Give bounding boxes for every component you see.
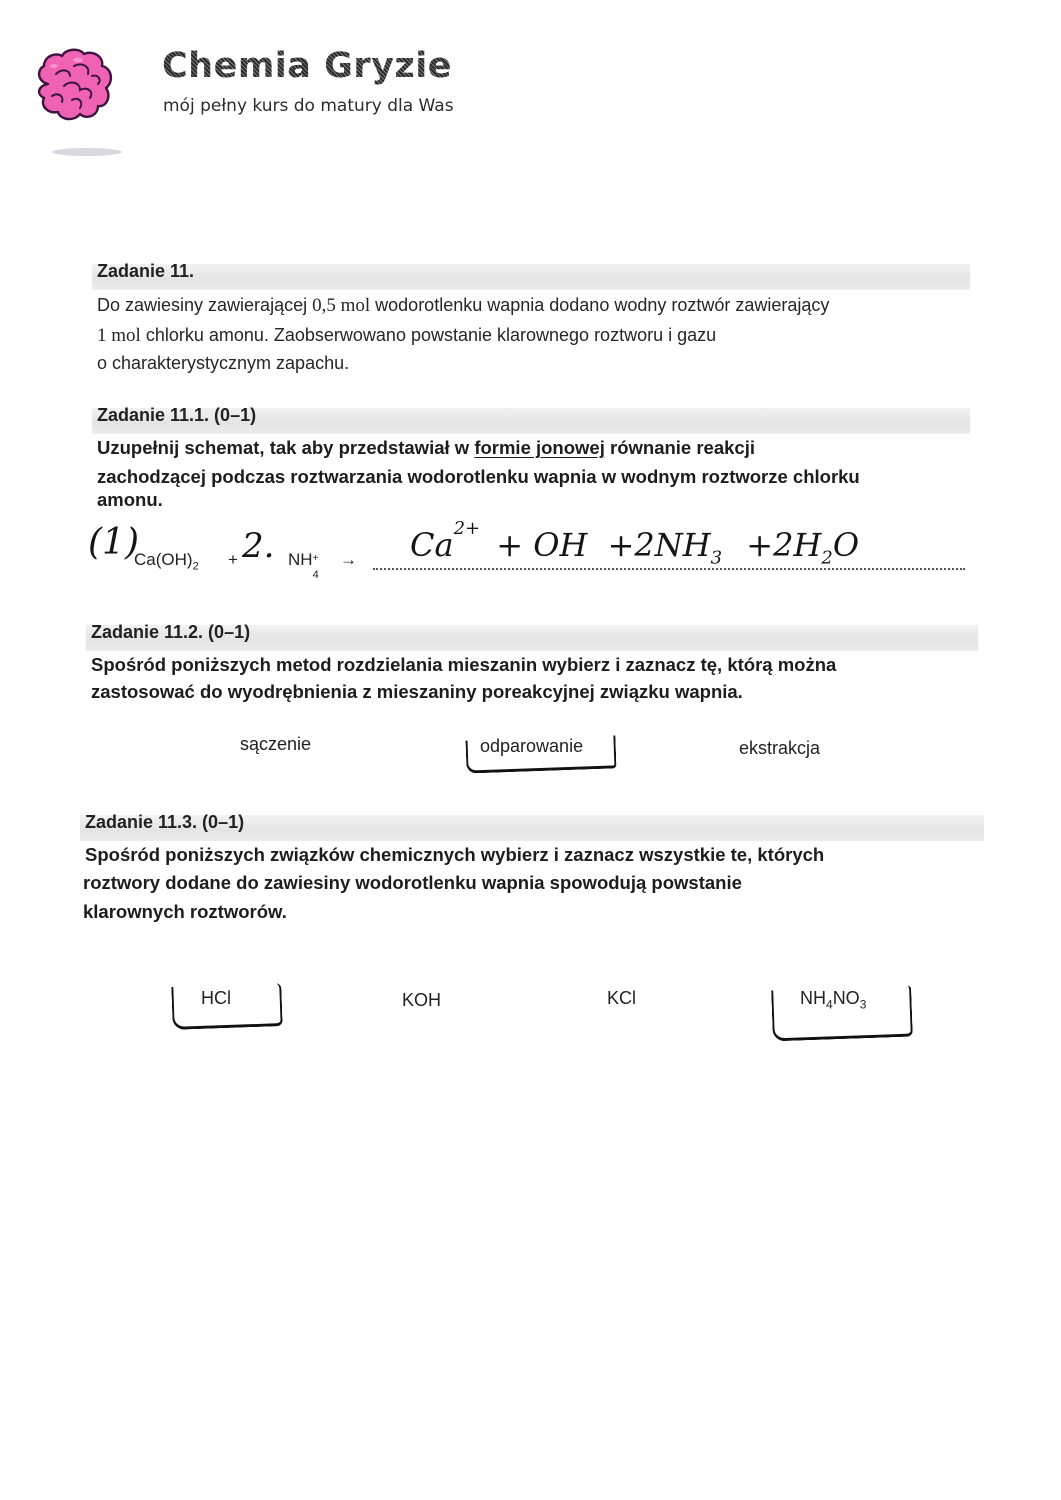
task-11-3-instruction-line-1: Spośród poniższych związków chemicznych …: [85, 840, 824, 869]
task-11-1-instruction-line-3: amonu.: [97, 485, 163, 514]
brand-title: Chemia Gryzie: [162, 46, 452, 86]
subscript: 2: [193, 560, 199, 572]
text: równanie reakcji: [605, 437, 755, 458]
brand-header: Chemia Gryzie mój pełny kurs do matury d…: [34, 44, 554, 164]
charge: +: [313, 553, 319, 564]
task-11-1-instruction-line-1: Uzupełnij schemat, tak aby przedstawiał …: [97, 433, 755, 462]
reactant-calcium-hydroxide: Ca(OH)2: [134, 550, 199, 572]
task-11-2-instruction-line-1: Spośród poniższych metod rozdzielania mi…: [91, 650, 836, 679]
ion-hydroxide: + OH: [496, 526, 587, 564]
underlined-phrase: formie jonowej: [474, 437, 605, 458]
product-ammonia: +2NH: [608, 526, 711, 564]
option-koh[interactable]: KOH: [402, 990, 441, 1011]
selection-mark-hcl: [171, 983, 282, 1030]
reaction-equation: (1) Ca(OH)2 + 2. NH+4 → Ca2+ + OH +2NH3 …: [88, 512, 978, 592]
task-11-1-heading: Zadanie 11.1. (0–1): [97, 405, 256, 426]
handwritten-answer: Ca2+ + OH +2NH3 +2H2O: [410, 526, 859, 568]
selection-mark-odparowanie: [465, 735, 616, 773]
text: O: [833, 526, 859, 564]
task-11-line-3: o charakterystycznym zapachu.: [97, 348, 349, 379]
formula: NH: [288, 550, 313, 569]
brain-icon: [34, 44, 114, 134]
subscript: 3: [711, 547, 722, 568]
task-11-2-instruction-line-2: zastosować do wyodrębnienia z mieszaniny…: [91, 677, 743, 706]
amount: 0,5 mol: [312, 295, 370, 316]
plus-sign: +: [228, 550, 238, 570]
text: Do zawiesiny zawierającej: [97, 295, 312, 315]
text: wodorotlenku wapnia dodano wodny roztwór…: [370, 295, 829, 315]
handwritten-coefficient-2: 2.: [242, 526, 274, 566]
option-saczenie[interactable]: sączenie: [240, 734, 311, 755]
reactant-ammonium: NH+4: [288, 550, 322, 570]
task-11-heading-band: [92, 264, 970, 290]
amount: 1 mol: [97, 325, 141, 346]
task-11-1-instruction-line-2: zachodzącej podczas roztwarzania wodorot…: [97, 462, 860, 491]
task-11-2-heading: Zadanie 11.2. (0–1): [91, 622, 250, 643]
option-ekstrakcja[interactable]: ekstrakcja: [739, 738, 820, 759]
ion-calcium: Ca: [410, 526, 454, 564]
text: chlorku amonu. Zaobserwowano powstanie k…: [141, 325, 716, 345]
text: Uzupełnij schemat, tak aby przedstawiał …: [97, 437, 474, 458]
task-11-heading: Zadanie 11.: [97, 261, 194, 282]
subscript: 4: [313, 569, 319, 581]
handwritten-coefficient-1: (1): [88, 522, 139, 563]
task-11-line-2: 1 mol chlorku amonu. Zaobserwowano powst…: [97, 320, 716, 351]
task-11-3-heading: Zadanie 11.3. (0–1): [85, 812, 244, 833]
logo-shadow: [52, 148, 122, 156]
selection-mark-nh4no3: [771, 986, 913, 1042]
brand-subtitle: mój pełny kurs do matury dla Was: [163, 96, 454, 116]
option-kcl[interactable]: KCl: [607, 988, 636, 1009]
reaction-arrow: →: [340, 550, 357, 570]
task-11-line-1: Do zawiesiny zawierającej 0,5 mol wodoro…: [97, 290, 829, 321]
task-11-3-instruction-line-3: klarownych roztworów.: [83, 897, 287, 926]
charge: 2+: [454, 518, 481, 539]
subscript: 2: [821, 547, 832, 568]
formula: Ca(OH): [134, 550, 193, 569]
product-water: +2H: [746, 526, 821, 564]
task-11-3-instruction-line-2: roztwory dodane do zawiesiny wodorotlenk…: [83, 868, 742, 897]
